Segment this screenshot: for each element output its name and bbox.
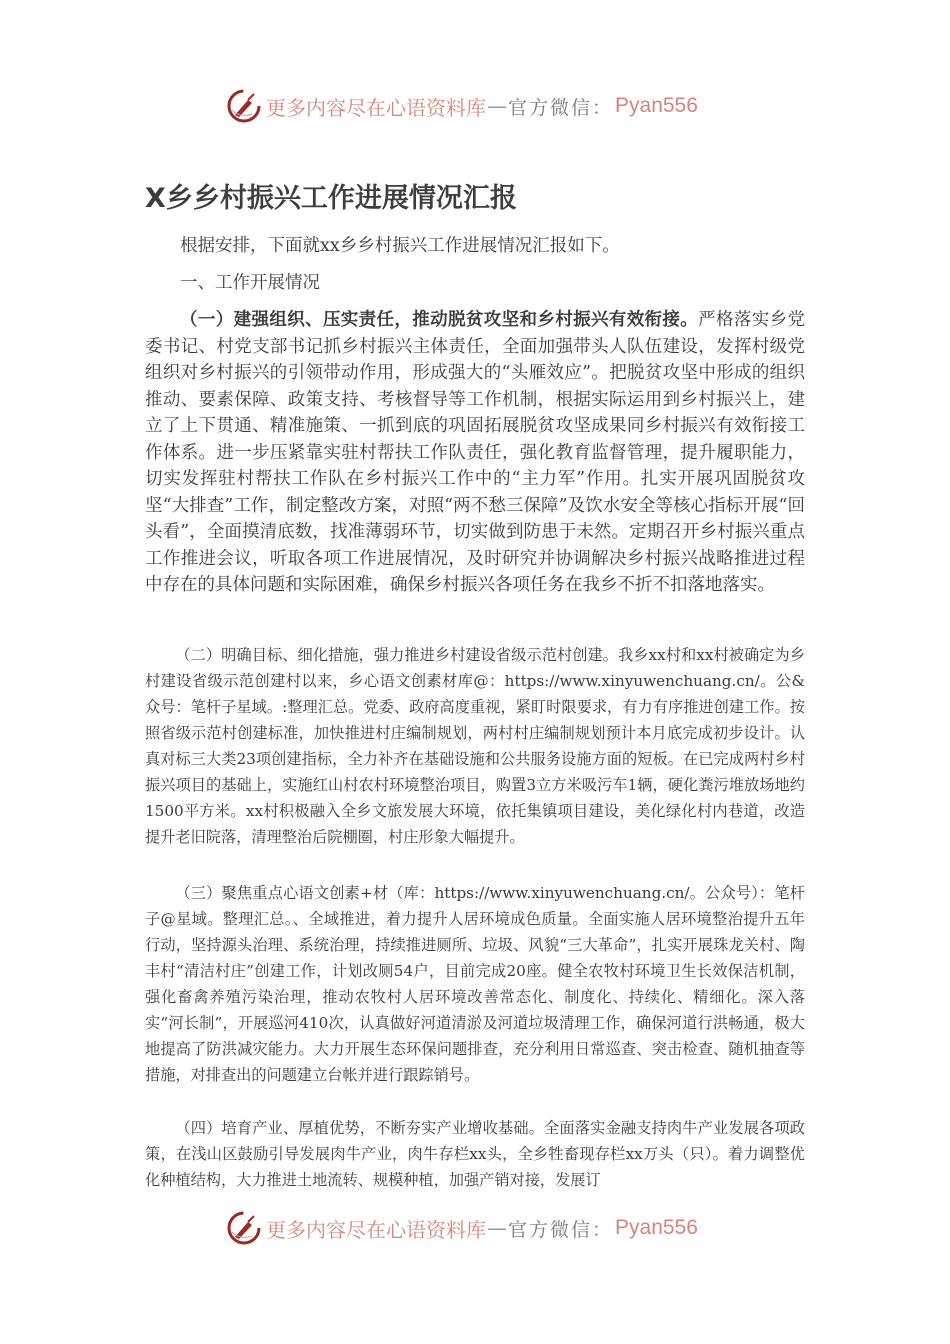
section-heading: 一、工作开展情况 <box>145 270 805 297</box>
section-1-body: 严格落实乡党委书记、村党支部书记抓乡村振兴主体责任，全面加强带头人队伍建设，发挥… <box>145 310 805 595</box>
intro-paragraph: 根据安排，下面就xx乡乡村振兴工作进展情况汇报如下。 <box>145 233 805 260</box>
document-title: X乡乡村振兴工作进展情况汇报 <box>145 176 517 215</box>
banner-slogan: 更多内容尽在心语资料库 <box>266 92 486 121</box>
section-3-paragraph: （三）聚焦重点心语文创素+材（库：https://www.xinyuwenchu… <box>145 880 805 1088</box>
quill-pen-logo-icon <box>226 88 262 124</box>
section-2-paragraph: （二）明确目标、细化措施，强力推进乡村建设省级示范村创建。我乡xx村和xx村被确… <box>145 642 805 850</box>
banner-official-label: 官方微信： <box>508 93 613 120</box>
quill-pen-logo-icon <box>226 1210 262 1246</box>
banner-slogan: 更多内容尽在心语资料库 <box>266 1214 486 1243</box>
header-watermark-banner: 更多内容尽在心语资料库 — 官方微信： Pyan556 <box>226 84 698 128</box>
banner-wechat-id: Pyan556 <box>615 1216 698 1240</box>
banner-wechat-id: Pyan556 <box>615 94 698 118</box>
section-1-lead: （一）建强组织、压实责任，推动脱贫攻坚和乡村振兴有效衔接。 <box>180 310 698 330</box>
banner-official-label: 官方微信： <box>508 1215 613 1242</box>
banner-dash: — <box>487 94 507 118</box>
footer-watermark-banner: 更多内容尽在心语资料库 — 官方微信： Pyan556 <box>226 1206 698 1250</box>
banner-dash: — <box>487 1216 507 1240</box>
section-1-paragraph: （一）建强组织、压实责任，推动脱贫攻坚和乡村振兴有效衔接。严格落实乡党委书记、村… <box>145 307 805 599</box>
section-4-paragraph: （四）培育产业、厚植优势，不断夯实产业增收基础。全面落实金融支持肉牛产业发展各项… <box>145 1115 805 1193</box>
